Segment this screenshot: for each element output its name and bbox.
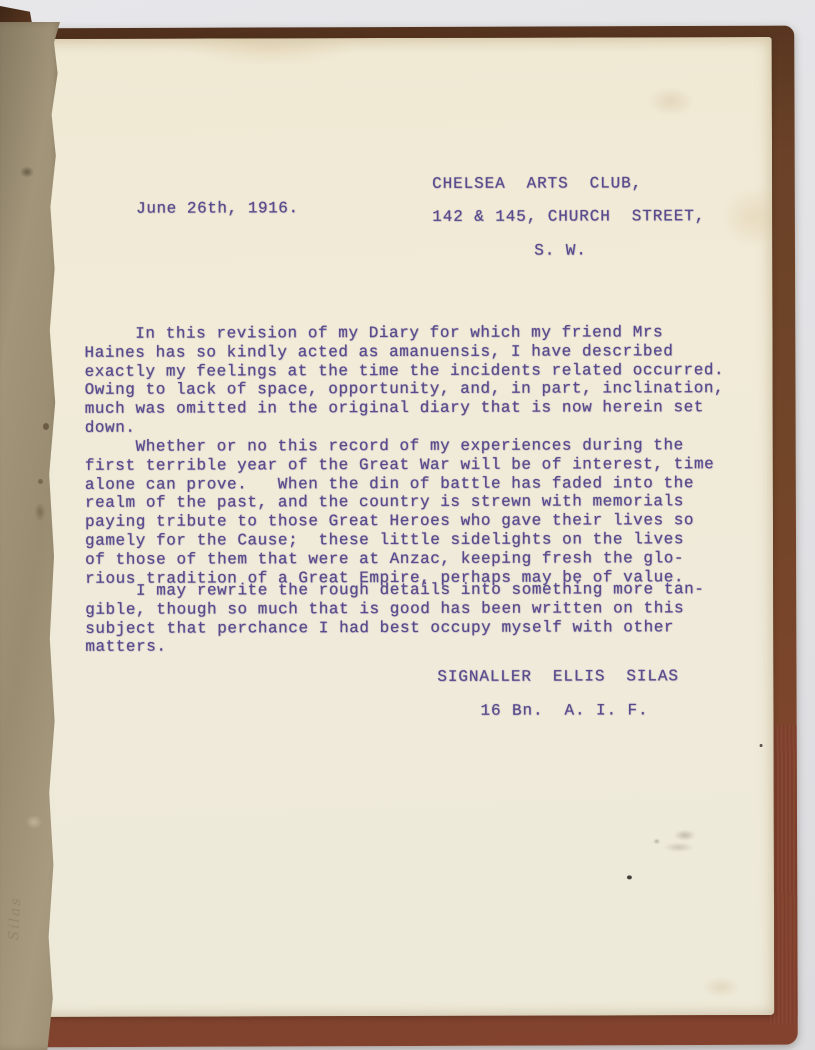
pencil-inscription: Silas (6, 896, 24, 941)
letter-page: June 26th, 1916. CHELSEA ARTS CLUB, 142 … (31, 37, 775, 1017)
address-line-3: S. W. (534, 242, 587, 261)
address-line-2: 142 & 145, CHURCH STREET, (432, 207, 705, 227)
letter-paragraph-3: I may rewrite the rough details into som… (85, 580, 753, 657)
letter-paragraph-1: In this revision of my Diary for which m… (84, 323, 752, 438)
letter-date: June 26th, 1916. (136, 199, 298, 218)
paper-speck (43, 423, 49, 430)
paper-speck (38, 479, 43, 484)
signature-name: SIGNALLER ELLIS SILAS (437, 667, 679, 686)
photo-background: June 26th, 1916. CHELSEA ARTS CLUB, 142 … (0, 0, 815, 1050)
ink-speck (627, 875, 632, 879)
pencil-smudge (645, 819, 715, 863)
ink-speck (760, 744, 763, 747)
address-line-1: CHELSEA ARTS CLUB, (432, 174, 642, 193)
signature-unit: 16 Bn. A. I. F. (480, 701, 648, 720)
letter-paragraph-2: Whether or no this record of my experien… (85, 436, 753, 588)
